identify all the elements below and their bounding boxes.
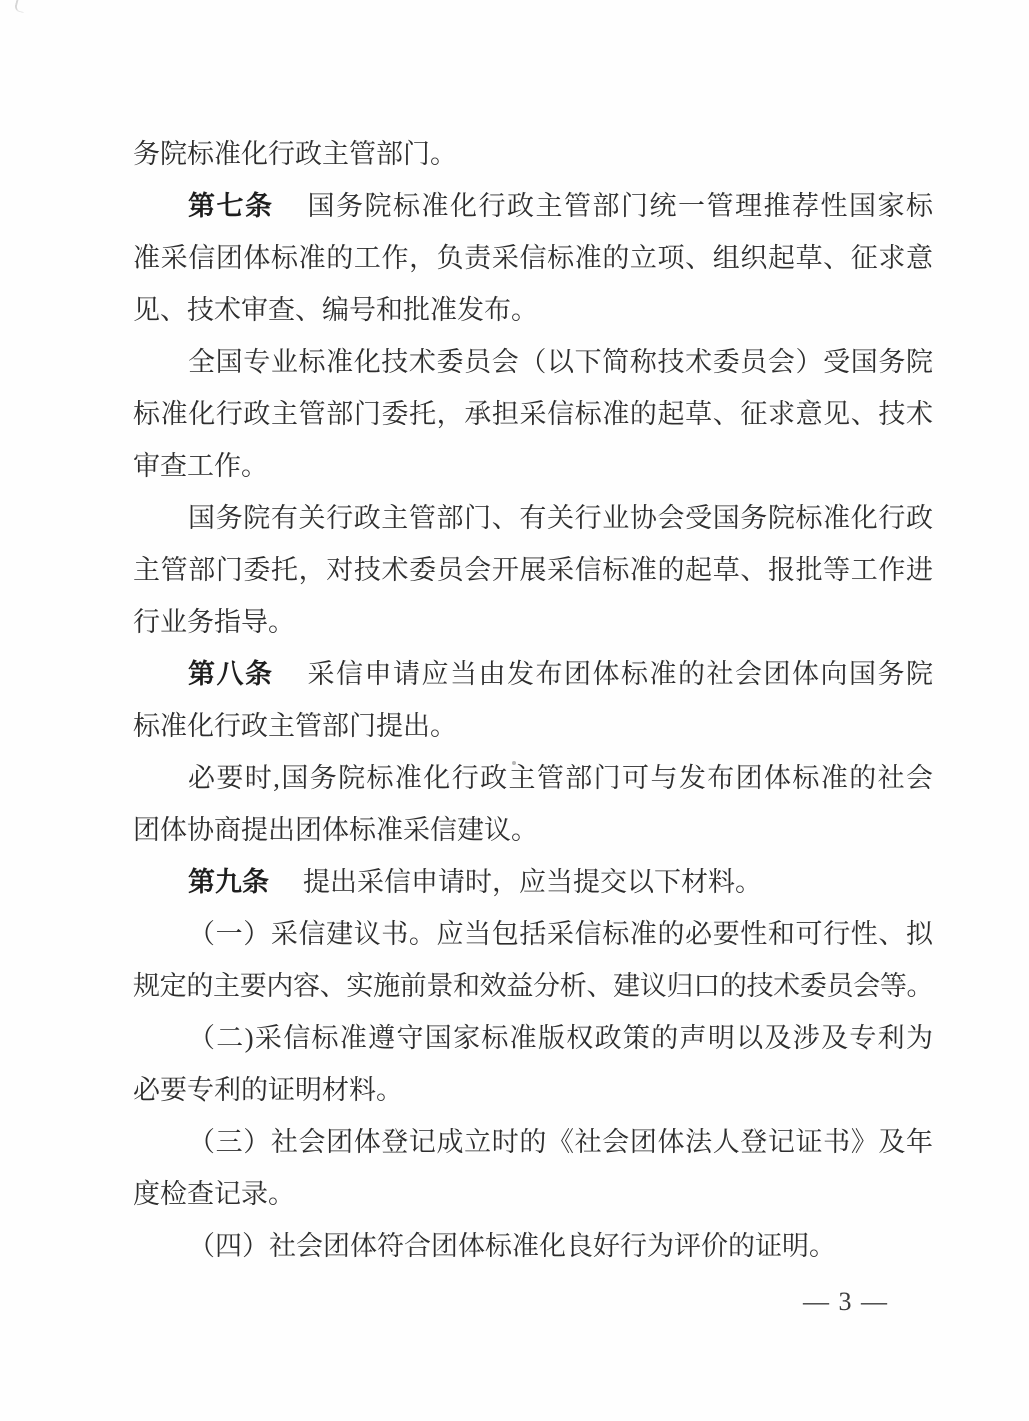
line-text: 必要时,国务院标准化行政主管部门可与发布团体标准的社会 (188, 763, 933, 793)
line-text: 标准化行政主管部门提出。 (133, 711, 457, 741)
text-line: （四）社会团体符合团体标准化良好行为评价的证明。 (133, 1220, 933, 1272)
article-lead: 第八条 (188, 659, 274, 689)
line-text: 采信申请应当由发布团体标准的社会团体向国务院 (308, 659, 934, 689)
paragraph-item-4: （四）社会团体符合团体标准化良好行为评价的证明。 (133, 1220, 933, 1272)
line-text: 国务院有关行政主管部门、有关行业协会受国务院标准化行政 (188, 503, 933, 533)
paragraph: 国务院有关行政主管部门、有关行业协会受国务院标准化行政 主管部门委托，对技术委员… (133, 492, 933, 648)
line-text: （四）社会团体符合团体标准化良好行为评价的证明。 (188, 1231, 836, 1261)
line-text: 行业务指导。 (133, 607, 295, 637)
text-line: （三）社会团体登记成立时的《社会团体法人登记证书》及年 (133, 1116, 933, 1168)
paragraph-item-3: （三）社会团体登记成立时的《社会团体法人登记证书》及年 度检查记录。 (133, 1116, 933, 1220)
paragraph-item-1: （一）采信建议书。应当包括采信标准的必要性和可行性、拟 规定的主要内容、实施前景… (133, 908, 933, 1012)
line-text: 度检查记录。 (133, 1179, 295, 1209)
line-text: （三）社会团体登记成立时的《社会团体法人登记证书》及年 (188, 1127, 933, 1157)
line-text: （一）采信建议书。应当包括采信标准的必要性和可行性、拟 (188, 919, 933, 949)
text-line: 全国专业标准化技术委员会（以下简称技术委员会）受国务院 (133, 336, 933, 388)
paragraph-article-7: 第七条国务院标准化行政主管部门统一管理推荐性国家标 准采信团体标准的工作，负责采… (133, 180, 933, 336)
text-line: （一）采信建议书。应当包括采信标准的必要性和可行性、拟 (133, 908, 933, 960)
page-number: — 3 — (803, 1287, 889, 1317)
line-text: 审查工作。 (133, 451, 268, 481)
line-text: 准采信团体标准的工作，负责采信标准的立项、组织起草、征求意 (133, 243, 933, 273)
text-line: 第九条提出采信申请时，应当提交以下材料。 (133, 856, 933, 908)
paragraph: 必要时,国务院标准化行政主管部门可与发布团体标准的社会 团体协商提出团体标准采信… (133, 752, 933, 856)
line-text: 务院标准化行政主管部门。 (133, 139, 457, 169)
paragraph-article-9: 第九条提出采信申请时，应当提交以下材料。 (133, 856, 933, 908)
article-lead: 第七条 (188, 191, 274, 221)
line-text: 规定的主要内容、实施前景和效益分析、建议归口的技术委员会等。 (133, 971, 933, 1001)
paragraph: 全国专业标准化技术委员会（以下简称技术委员会）受国务院 标准化行政主管部门委托，… (133, 336, 933, 492)
text-line: 见、技术审查、编号和批准发布。 (133, 284, 933, 336)
line-text: 标准化行政主管部门委托，承担采信标准的起草、征求意见、技术 (133, 399, 933, 429)
line-text: 全国专业标准化技术委员会（以下简称技术委员会）受国务院 (188, 347, 933, 377)
paragraph-continuation: 务院标准化行政主管部门。 (133, 128, 933, 180)
text-line: 必要专利的证明材料。 (133, 1064, 933, 1116)
scan-corner-artifact (14, 0, 27, 13)
text-line: 国务院有关行政主管部门、有关行业协会受国务院标准化行政 (133, 492, 933, 544)
text-line: 团体协商提出团体标准采信建议。 (133, 804, 933, 856)
text-line: 第八条采信申请应当由发布团体标准的社会团体向国务院 (133, 648, 933, 700)
article-lead: 第九条 (188, 867, 269, 897)
scanned-document-page: 务院标准化行政主管部门。 第七条国务院标准化行政主管部门统一管理推荐性国家标 准… (0, 0, 1029, 1421)
line-text: 主管部门委托，对技术委员会开展采信标准的起草、报批等工作进 (133, 555, 933, 585)
text-line: 务院标准化行政主管部门。 (133, 128, 933, 180)
line-text: 见、技术审查、编号和批准发布。 (133, 295, 538, 325)
line-text: 必要专利的证明材料。 (133, 1075, 403, 1105)
line-text: 国务院标准化行政主管部门统一管理推荐性国家标 (308, 191, 934, 221)
text-line: （二)采信标准遵守国家标准版权政策的声明以及涉及专利为 (133, 1012, 933, 1064)
text-line: 标准化行政主管部门委托，承担采信标准的起草、征求意见、技术 (133, 388, 933, 440)
text-line: 规定的主要内容、实施前景和效益分析、建议归口的技术委员会等。 (133, 960, 933, 1012)
paragraph-article-8: 第八条采信申请应当由发布团体标准的社会团体向国务院 标准化行政主管部门提出。 (133, 648, 933, 752)
text-line: 主管部门委托，对技术委员会开展采信标准的起草、报批等工作进 (133, 544, 933, 596)
line-text: 提出采信申请时，应当提交以下材料。 (303, 867, 762, 897)
line-text: 团体协商提出团体标准采信建议。 (133, 815, 538, 845)
text-line: 行业务指导。 (133, 596, 933, 648)
text-block: 务院标准化行政主管部门。 第七条国务院标准化行政主管部门统一管理推荐性国家标 准… (133, 128, 933, 1272)
text-line: 审查工作。 (133, 440, 933, 492)
text-line: 度检查记录。 (133, 1168, 933, 1220)
text-line: 第七条国务院标准化行政主管部门统一管理推荐性国家标 (133, 180, 933, 232)
paragraph-item-2: （二)采信标准遵守国家标准版权政策的声明以及涉及专利为 必要专利的证明材料。 (133, 1012, 933, 1116)
text-line: 必要时,国务院标准化行政主管部门可与发布团体标准的社会 (133, 752, 933, 804)
text-line: 标准化行政主管部门提出。 (133, 700, 933, 752)
text-line: 准采信团体标准的工作，负责采信标准的立项、组织起草、征求意 (133, 232, 933, 284)
line-text: （二)采信标准遵守国家标准版权政策的声明以及涉及专利为 (188, 1023, 933, 1053)
